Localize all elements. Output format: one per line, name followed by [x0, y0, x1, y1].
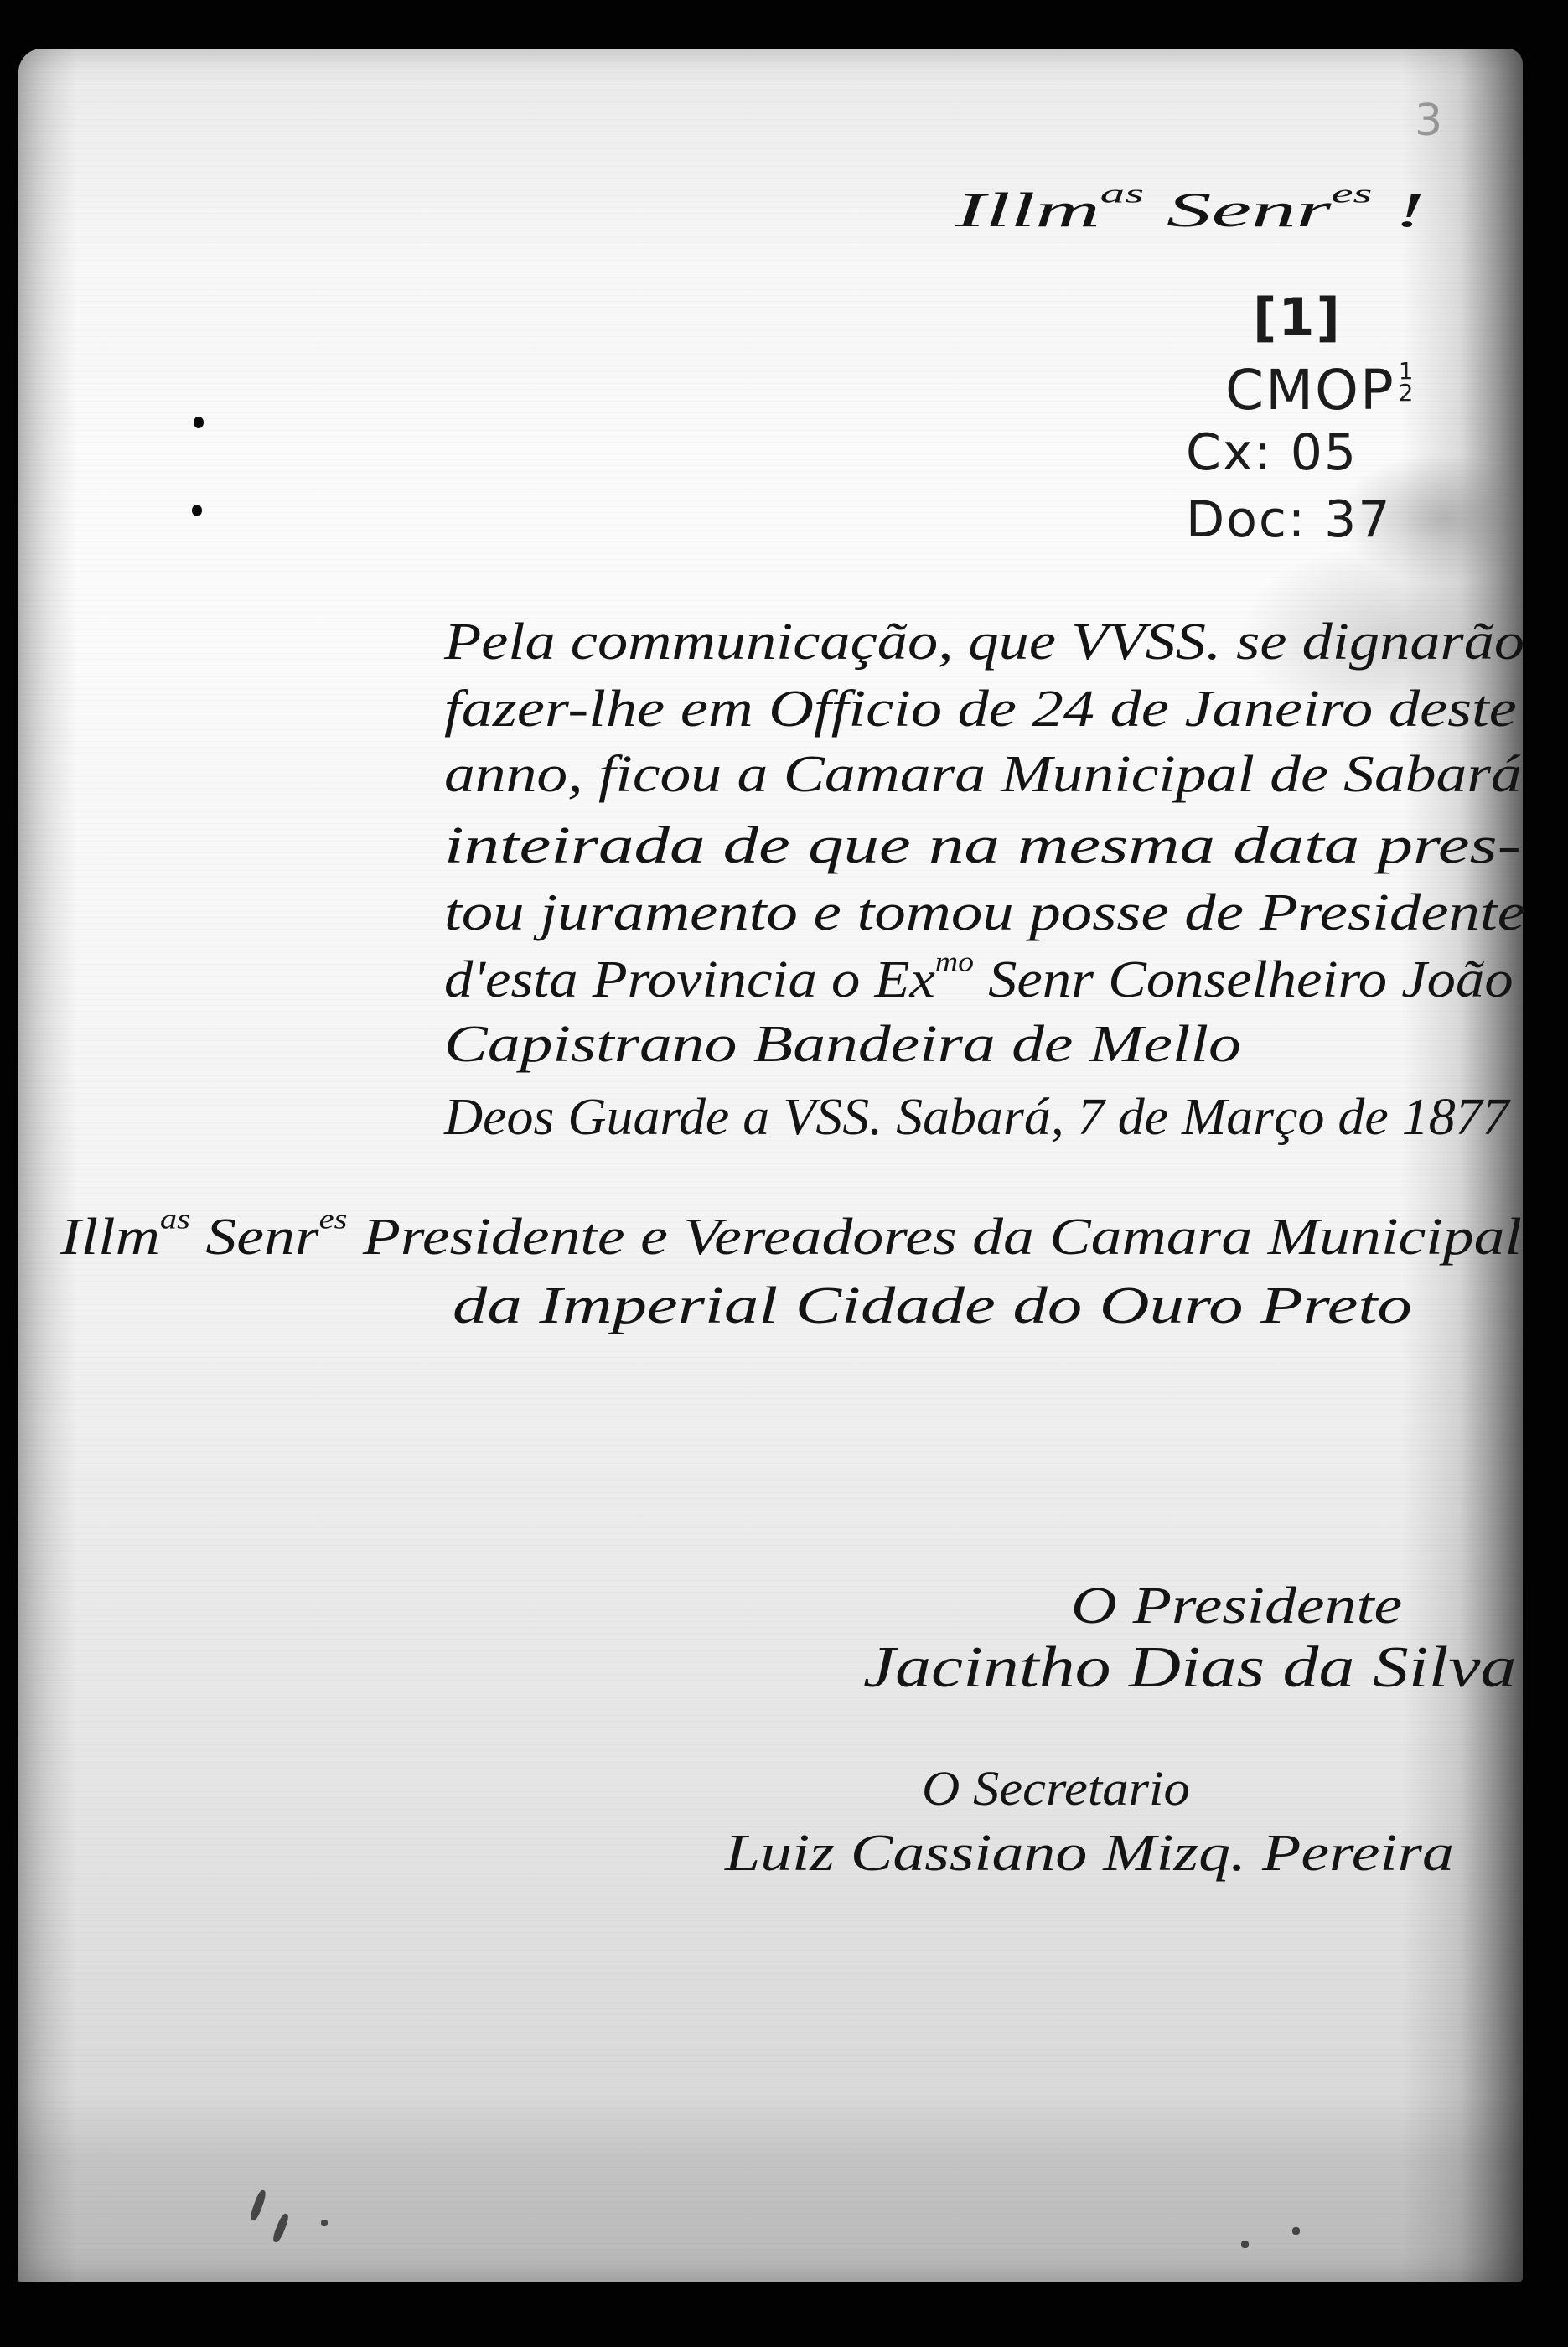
salutation-word-2: Senr	[1167, 183, 1331, 237]
fraction-bottom: 2	[1399, 382, 1415, 404]
addressee-illm: Illm	[60, 1209, 160, 1266]
body-line-5: tou juramento e tomou posse de President…	[444, 887, 1525, 939]
addressee-sup-1: as	[160, 1204, 190, 1235]
signature-title-secretary: O Secretario	[922, 1764, 1190, 1813]
body-line-3: anno, ficou a Camara Municipal de Sabará	[444, 749, 1522, 800]
dirt-speck	[321, 2220, 328, 2226]
addressee-title: Presidente e Vereadores da Camara Munici…	[347, 1209, 1522, 1266]
closing-date-line: Deos Guarde a VSS. Sabará, 7 de Março de…	[444, 1091, 1509, 1143]
archive-stamp-box: Cx: 05	[1186, 427, 1358, 478]
salutation-sup-1: as	[1100, 179, 1144, 208]
body-line-6: d'esta Provincia o Exmo Senr Conselheiro…	[444, 954, 1514, 1006]
addressee-senr: Senr	[190, 1209, 319, 1266]
signature-name-president: Jacintho Dias da Silva	[863, 1639, 1516, 1697]
body-line-1: Pela communicação, que VVSS. se dignarão	[444, 616, 1524, 668]
salutation-punct: !	[1372, 183, 1425, 237]
archive-stamp-fund: CMOP12	[1225, 360, 1415, 418]
dirt-speck	[1292, 2227, 1300, 2235]
archive-stamp-fraction: 12	[1399, 360, 1415, 405]
margin-dot-1	[194, 417, 204, 428]
dirt-speck	[1241, 2241, 1249, 2248]
margin-dot-2	[192, 505, 202, 516]
addressee-line-2: da Imperial Cidade do Ouro Preto	[453, 1280, 1412, 1332]
body-line-6-pre: d'esta Provincia o Ex	[444, 951, 935, 1008]
body-line-2: fazer-lhe em Officio de 24 de Janeiro de…	[444, 683, 1517, 735]
signature-name-secretary: Luiz Cassiano Mizq. Pereira	[725, 1827, 1454, 1879]
archive-stamp-doc: Doc: 37	[1186, 495, 1392, 545]
archive-stamp-fund-code: CMOP	[1225, 358, 1395, 422]
body-line-4: inteirada de que na mesma data pres-	[444, 820, 1521, 872]
body-line-6-sup: mo	[935, 946, 974, 977]
archive-stamp-item: [1]	[1253, 292, 1342, 344]
body-line-7: Capistrano Bandeira de Mello	[444, 1018, 1241, 1070]
addressee-line-1: Illmas Senres Presidente e Vereadores da…	[60, 1211, 1522, 1263]
signature-title-president: O Presidente	[1071, 1580, 1402, 1632]
addressee-sup-2: es	[319, 1204, 348, 1235]
salutation-word-1: Illm	[955, 183, 1100, 237]
salutation: Illmas Senres !	[955, 186, 1425, 235]
salutation-sup-2: es	[1331, 179, 1372, 208]
body-line-6-post: Senr Conselheiro João	[974, 951, 1514, 1008]
pencil-folio-mark: 3	[1415, 99, 1442, 142]
